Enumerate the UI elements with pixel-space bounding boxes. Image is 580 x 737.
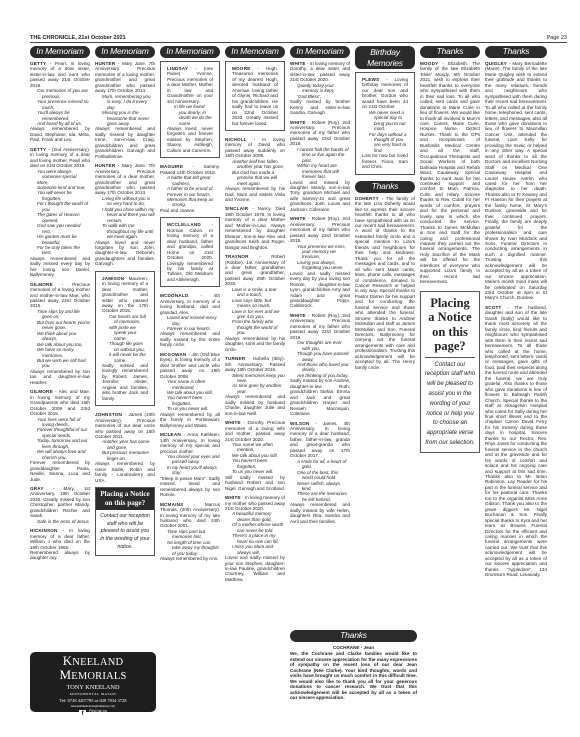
notice-entry: MOODY - Elizabeth. The family of the lat…: [420, 61, 480, 285]
notice-text: - Mary. 1st Anniversary, 19th October 20…: [30, 486, 90, 518]
notice-entry: MAGUIRE - Sammy. Passed 14th October 201…: [160, 164, 220, 213]
notice-entry: SCOTT - The husband, daughter and son of…: [485, 305, 547, 578]
notice-text: - James. 4th Anniversary. In loving memo…: [290, 421, 350, 459]
notice-entry: WHITE - Robert (Roy). 2nd Anniversary. P…: [290, 216, 350, 309]
notice-signoff: Loved and sadly missed every day by your…: [290, 271, 350, 309]
verse-line: But God has made a promise that we will …: [232, 170, 285, 186]
notice-surname: SCOTT: [485, 305, 502, 310]
notice-verse: Silent memories keep you near,As time go…: [225, 373, 285, 395]
section-header-thanks: Thanks: [485, 46, 547, 58]
verse-line: There's a place in my heart no-one can f…: [232, 533, 285, 544]
notice-entry: HICKINSON - In loving memory of a dear f…: [30, 528, 90, 561]
notice-surname: WHITE: [290, 216, 306, 221]
verse-line: In life we loved you dearly, in death we…: [174, 104, 213, 126]
notice-verse: Your name is often mentioned,We talk abo…: [160, 379, 220, 412]
notice-text: - The husband, daughter and son of the l…: [485, 305, 547, 577]
notice-surname: DOHERTY: [355, 196, 379, 201]
notice-entry: GILMORE - Alec and Mae. In loving memory…: [30, 389, 90, 482]
verse-line: You haven't been forgotten,: [167, 395, 220, 406]
notice-verse: A beautiful memory dearer than gold,Of a…: [225, 511, 285, 555]
notice-signoff: Always remembered by his daughter, sons …: [225, 336, 285, 352]
verse-line: You will never be forgotten,: [37, 190, 90, 201]
verse-line: A smile for all, a heart of gold,: [297, 459, 350, 470]
section-header-in-memoriam: In Memoriam: [160, 46, 220, 58]
notice-entry: HUNTER - Mary Jane. 7th Anniversary. Pre…: [95, 163, 155, 267]
verse-line: Within my heart are memories that will f…: [297, 163, 350, 179]
notice-surname: MOORE: [232, 66, 250, 71]
verse-line: Love is for ever and we give it to you,: [232, 309, 285, 320]
notice-surname: WHITE: [290, 313, 306, 318]
verse-line: A battle that left great sadness,: [167, 175, 220, 186]
notice-text: - Mary Jane. 7th Anniversary. Precious m…: [95, 163, 155, 195]
notice-signoff: Always remembered and sadly missed by hu…: [225, 394, 285, 416]
verse-line: One of the best, this world could hold.: [297, 470, 350, 481]
notice-entry: WHITE - Robert (Roy). 2nd Anniversary. P…: [290, 120, 350, 213]
notice-surname: GRAY: [30, 486, 44, 491]
verse-line: A beautiful memory dearer than gold,: [232, 511, 285, 522]
verse-line: Our memories of you are precious,: [37, 88, 90, 99]
notice-surname: PLEWS: [362, 77, 379, 82]
notice-verse: Another year has come and gone,But preci…: [95, 439, 155, 461]
notice-surname: HUNTER: [95, 61, 115, 66]
verse-line: We think about you always,: [37, 331, 90, 342]
notice-text: - Nancy. Died 18th October 1976. In lovi…: [225, 206, 285, 249]
verse-line: Your name we often mention,: [232, 442, 285, 453]
notice-surname: MCCLELLAND: [167, 222, 201, 227]
ad-email[interactable]: kneelandmemorials@btinternet.com: [30, 704, 156, 708]
notice-text: - Robert (Robbie). 1st Anniversary of a …: [225, 254, 285, 286]
verse-line: God saw you needed rest,: [37, 223, 90, 234]
notice-text: - Norman Calvin. In loving memory of a d…: [167, 222, 213, 282]
notice-verse: Mum, remembering you is easy, I do it ev…: [95, 94, 155, 127]
notice-signoff: Remembered always by daughter Joy.: [30, 550, 90, 561]
notice-verse: Another leaf has fallen, another year ha…: [225, 159, 285, 186]
notice-surname: WHITE: [225, 420, 241, 425]
notice-signoff: Sadly missed by son Andrew, daughter-in-…: [290, 378, 350, 416]
verse-line: No length of time can take away my thoug…: [167, 540, 220, 556]
verse-line: For days without a thought of you are ve…: [369, 132, 408, 154]
notice-verse: Living life without you is so very hard …: [95, 196, 155, 240]
notice-signoff: Lost for now but loved forever. Fiona, S…: [362, 153, 408, 169]
notice-surname: QUIGLEY: [485, 61, 507, 66]
verse-line: As time goes by another year.: [232, 383, 285, 394]
verse-line: Your lives were full of loving deeds,: [37, 417, 90, 428]
column-3: In Memoriam LINDSAY - (nee Paine) Yvonne…: [160, 46, 220, 566]
section-header-thanks: Thanks: [290, 630, 417, 642]
notice-signoff: Loved and sadly missed by your son Steph…: [225, 555, 285, 582]
notice-entry: LINDSAY - (nee Paine) Yvonne. Precious m…: [160, 61, 220, 158]
notice-surname: MCDONALD: [160, 293, 188, 298]
notice-entry: WILSON - James. 4th Anniversary. In lovi…: [290, 421, 350, 525]
notice-text: - Loving birthday memories of our dear s…: [362, 77, 408, 109]
notice-signoff: Always remembered by all the family in P…: [160, 412, 220, 428]
notice-surname: LINDSAY: [167, 66, 188, 71]
notice-text: - Hugh. Treasured memories of my dearest…: [232, 66, 278, 126]
column-5: In Memoriam WHITE - In loving memory of …: [290, 46, 350, 528]
notice-surname: MCLEAN: [160, 432, 181, 437]
notice-surname: GETTY: [30, 147, 46, 152]
notice-signoff: Always remembered by son Ian and daughte…: [30, 369, 90, 385]
notice-entry: GILMORE - Precious memories of a loving …: [30, 282, 90, 386]
verse-line: We never need a special day to bring you…: [369, 110, 408, 132]
notice-surname: NICHOLL: [225, 137, 247, 142]
verse-line: Loved and missed every day,: [167, 315, 220, 326]
notice-surname: TURNER: [225, 356, 245, 361]
notice-text: - Mary Bernadette (Marie). The family of…: [485, 61, 547, 300]
notice-entry: GRAY - Mary. 1st Anniversary, 19th Octob…: [30, 486, 90, 524]
notice-signoff: Loved and missed by daughter Mandy, son-…: [290, 180, 350, 213]
notice-body: We, the Cochrane and Clarke families wou…: [290, 651, 417, 700]
notice-entry: HUNTER - Mary Jane. 7th Anniversary. Pre…: [95, 61, 155, 159]
notice-entry: MOORE - Hugh. Treasured memories of my d…: [225, 61, 285, 131]
section-header-in-memoriam: In Memoriam: [30, 46, 90, 58]
verse-line: Missing you is the heartache that never …: [102, 110, 155, 126]
notice-entry: TURNER - Isobella (Ibby). 6th Anniversar…: [225, 356, 285, 416]
kneeland-memorials-ad[interactable]: KNEELAND MEMORIALS TONY KNEELAND MONUMEN…: [30, 652, 156, 712]
verse-line: Though life goes on without you,: [109, 341, 148, 352]
verse-line: Living life without you is so very hard …: [102, 196, 155, 207]
verse-line: Time slips by and life goes on,: [37, 309, 90, 320]
notice-signoff: Sadly missed by brother Kenny and sister…: [290, 99, 350, 115]
placing-notice-box: Placing a Notice on this page? Contact o…: [95, 487, 155, 556]
notice-signoff: Still sadly missed by husband Robert and…: [225, 475, 285, 491]
notice-verse: Our memories of you are precious,Your pr…: [30, 88, 90, 126]
notice-surname: HICKINSON: [30, 528, 58, 533]
notice-signoff: Always remembered by Ann.: [160, 556, 220, 561]
placing-notice-title: Placing a Notice on this page?: [96, 488, 154, 510]
thanks-cochrane: Thanks COCHRANE - Jean We, the Cochrane …: [290, 630, 417, 701]
section-header-birthday-memories: Birthday Memories: [355, 46, 415, 69]
verse-line: Never selfish, always kind,: [297, 481, 350, 492]
notice-verse: A battle that left great sadness,A fathe…: [160, 175, 220, 208]
notice-surname: GILMORE: [30, 282, 53, 287]
notice-verse: Time slips past but memories last.No len…: [160, 529, 220, 556]
notice-entry: JAMISON - Maureen. In loving memory of a…: [95, 271, 155, 406]
verse-line: Forever thoughtful of our special needs,: [37, 427, 90, 438]
placing-notice-body: Contact our reception staff who will be …: [96, 510, 154, 555]
notice-verse: Your presence we miss, your memory we tr…: [290, 244, 350, 271]
verse-line: Loving you always, forgetting you never.: [297, 260, 350, 271]
verse-line: Your presence missed so much,: [37, 99, 90, 110]
notice-verse: Love is a smile, a tear and a touch,Love…: [225, 287, 285, 336]
facebook-link[interactable]: f Find us onFacebook: [30, 709, 156, 717]
notice-signoff: Always loved, never forgotten and foreve…: [167, 126, 213, 153]
notice-surname: MCMAINS: [160, 502, 183, 507]
verse-line: Time slips past but memories last.: [167, 529, 220, 540]
notice-verse: A smile for all, a heart of gold,One of …: [290, 459, 350, 503]
notice-entry: WHITE - Dorothy. Precious memories of a …: [225, 420, 285, 491]
notice-entry: SINCLAIR - Nancy. Died 18th October 1976…: [225, 206, 285, 250]
column-6: Birthday Memories PLEWS - Loving birthda…: [355, 46, 415, 374]
verse-line: You were always someone special: [37, 169, 90, 180]
notice-entry: PLEWS - Loving birthday memories of our …: [355, 72, 415, 175]
notice-entry: GETTY - Pearl. In loving memory of a dea…: [30, 61, 90, 143]
verse-line: To walk with me throughout my life until…: [102, 223, 155, 239]
notice-signoff: Always remembered by his Dad, Mum and si…: [225, 186, 285, 202]
verse-line: A father to be proud of,: [167, 186, 220, 191]
verse-line: Our thoughts are ever with you,: [297, 340, 350, 351]
notice-surname: GILMORE: [30, 389, 53, 394]
verse-line: Another leaf has fallen, another year ha…: [232, 159, 285, 170]
notice-surname: MCGOWAN: [160, 352, 186, 357]
page-number: Page 23: [547, 35, 568, 41]
notice-entry: QUIGLEY - Mary Bernadette (Marie). The f…: [485, 61, 547, 301]
section-header-in-memoriam: In Memoriam: [225, 46, 285, 58]
verse-line: You closed your eyes and passed away,: [167, 454, 220, 465]
verse-line: Today, tomorrow and our lives through,: [37, 438, 90, 449]
verse-line: In my heart you'll always stay.: [167, 465, 220, 476]
notice-surname: WHITE: [290, 120, 306, 125]
notice-verse: Safe in the arms of Jesus: [30, 519, 90, 524]
verse-line: Quietly today your memory is kept,: [297, 83, 350, 94]
notice-entry: MCGOWAN - Jim (Old Blue Eyes). In loving…: [160, 352, 220, 428]
notice-signoff: Always loved and never forgotten by son …: [95, 240, 155, 267]
notice-signoff: Always remembered by David, Stephanie, I…: [30, 126, 90, 142]
notice-entry: MCMAINS - Marcus Thomas. (20th Anniversa…: [160, 502, 220, 562]
notice-surname: GETTY: [30, 61, 46, 66]
notice-text: - Maureen. In loving memory of a dear mo…: [102, 276, 148, 314]
notice-surname: WHITE: [225, 495, 241, 500]
notice-entry: WHITE - In loving memory of my mother wh…: [225, 495, 285, 582]
notice-entry: JOHNSTON - James (10th Anniversary). Pre…: [95, 412, 155, 483]
notice-text: - Elizabeth. The family of the late Eliz…: [420, 61, 480, 284]
notice-verse: Loved and missed every day,Forever in ou…: [160, 315, 220, 331]
notice-verse: Our hearts are full of memories,with pri…: [102, 314, 148, 363]
placing-notice-title: Placing a Notice on this page?: [425, 292, 475, 358]
verse-line: Another year has come and gone,: [102, 439, 155, 450]
verse-line: Mum, remembering you is easy, I do it ev…: [102, 94, 155, 110]
notice-text: - The family of the late Liza Doherty wo…: [355, 196, 415, 370]
notice-signoff: Forever remembered by granddaughter Paul…: [30, 460, 90, 482]
placing-notice-box-large: Placing a Notice on this page? Contact o…: [420, 291, 480, 453]
column-4: In Memoriam MOORE - Hugh. Treasured memo…: [225, 46, 285, 586]
verse-line: For he only takes the best.: [37, 245, 90, 256]
notice-signoff: "Sleep in peace Mum". Sadly missed, love…: [160, 476, 220, 498]
notice-signoff: Always remembered and sadly missed every…: [30, 256, 90, 278]
verse-line: But we wish we still had you.: [37, 358, 90, 369]
verse-line: Your name is often mentioned,: [167, 379, 220, 390]
notice-verse: Time slips by and life goes on,But from …: [30, 309, 90, 369]
verse-line: with pride we speak your name,: [109, 325, 148, 341]
notice-verse: You closed your eyes and passed away,In …: [160, 454, 220, 476]
notice-text: - Mary Jane. 7th Anniversary. Precious m…: [95, 61, 155, 93]
section-header-in-memoriam: In Memoriam: [290, 46, 350, 58]
paper-title: THE CHRONICLE, 21st October 2021: [30, 35, 126, 41]
verse-line: We will always love and cherish you.: [37, 449, 90, 460]
notice-entry: MCLEAN - Anna Kathleen. 14th Anniversary…: [160, 432, 220, 497]
notice-entry: DOHERTY - The family of the late Liza Do…: [355, 196, 415, 371]
column-7: Thanks MOODY - Elizabeth. The family of …: [420, 46, 480, 453]
verse-line: These are the memories he left behind.: [297, 491, 350, 502]
verse-line: Love is a smile, a tear and a touch,: [232, 287, 285, 298]
notice-verse: Quietly today your memory is kept,'God B…: [290, 83, 350, 99]
notice-signoff: Always remembered and sadly missed by da…: [95, 126, 155, 159]
verse-line: Our hearts are full of memories,: [109, 314, 148, 325]
ad-brand: KNEELAND MEMORIALS: [30, 652, 156, 683]
notice-title: COCHRANE - Jean: [290, 645, 417, 650]
notice-surname: JAMISON: [102, 276, 124, 281]
notice-verse: Your name we often mention,We talk about…: [225, 442, 285, 475]
verse-line: Of a mother whose worth can never be tol…: [232, 522, 285, 533]
verse-line: We have so many memories,: [37, 347, 90, 358]
notice-verse: Our thoughts are ever with you,Though yo…: [290, 340, 350, 378]
verse-line: For I thought the world of you.: [37, 201, 90, 212]
notice-entry: MCDONALD - 4th Anniversary. In memory of…: [160, 293, 220, 348]
notice-surname: SINCLAIR: [225, 206, 248, 211]
facebook-icon: f: [79, 710, 86, 717]
verse-line: His garden must be beautiful,: [37, 234, 90, 245]
notice-surname: TRAYNOR: [225, 254, 249, 259]
notice-verse: I cannot halt the hands of time or live …: [290, 147, 350, 180]
notice-entry: WHITE - Robert (Roy). 2nd Anniversary. P…: [290, 313, 350, 417]
verse-line: You haven't been forgotten,: [232, 458, 285, 469]
column-8: Thanks QUIGLEY - Mary Bernadette (Marie)…: [485, 46, 547, 582]
notice-entry: TRAYNOR - Robert (Robbie). 1st Anniversa…: [225, 254, 285, 352]
placing-notice-body: Contact our reception staff who will be …: [421, 358, 479, 452]
notice-signoff: Sadly missed and lovingly remembered by …: [102, 363, 148, 401]
verse-line: You'll always be remembered,: [37, 110, 90, 121]
section-header-thanks: Thanks: [420, 46, 480, 58]
notice-signoff: Paul and Joanne.: [160, 208, 220, 213]
notice-verse: In life we loved you dearly, in death we…: [167, 104, 213, 126]
notice-surname: HUNTER: [95, 163, 115, 168]
notice-entry: MCCLELLAND - Norman Calvin. In loving me…: [160, 217, 220, 287]
column-1: In Memoriam GETTY - Pearl. In loving mem…: [30, 46, 90, 565]
notice-surname: MOODY: [420, 61, 438, 66]
verse-line: From the family who thought the world of…: [232, 319, 285, 335]
ad-telephone: Tel: 0748 4207785 or 028 7034 3728: [30, 697, 156, 704]
notice-entry: WHITE - In loving memory of Dorothy, a d…: [290, 61, 350, 116]
notice-surname: JOHNSTON: [95, 412, 122, 417]
notice-surname: WILSON: [290, 421, 310, 426]
verse-line: I miss you Mum and always will.: [232, 544, 285, 555]
notice-entry: NICHOLL - In loving memory of David who …: [225, 137, 285, 202]
notice-entry: GETTY - (2nd Anniversary). In loving mem…: [30, 147, 90, 278]
verse-line: Though you have passed away,: [297, 351, 350, 362]
notice-surname: WHITE: [290, 61, 306, 66]
section-header-thanks: Thanks: [355, 181, 415, 193]
verse-line: But from our hearts you're never gone.: [37, 320, 90, 331]
notice-verse: We never need a special day to bring you…: [362, 110, 408, 154]
verse-line: it will never be the same.: [109, 352, 148, 363]
masthead: THE CHRONICLE, 21st October 2021 Page 23: [30, 33, 567, 43]
verse-line: Love says little, but means so much,: [232, 298, 285, 309]
verse-line: The gates of Heaven opened,: [37, 212, 90, 223]
verse-line: Memories that keep us strong.: [167, 197, 220, 208]
verse-line: Silent memories keep you near,: [232, 373, 285, 384]
section-header-in-memoriam: In Memoriam: [95, 46, 155, 58]
notice-signoff: Always remembered and sadly missed by wi…: [290, 502, 350, 524]
notice-signoff: Always remembered by niece Sadie, Robin …: [95, 461, 155, 483]
verse-line: Safe in the arms of Jesus: [37, 519, 90, 524]
verse-line: But precious memories linger on.: [102, 450, 155, 461]
notice-surname: MAGUIRE: [160, 164, 183, 169]
verse-line: And those who loved you dearly,: [297, 362, 350, 373]
notice-text: - (nee Paine) Yvonne. Precious memories …: [167, 66, 213, 104]
column-2: In Memoriam HUNTER - Mary Jane. 7th Anni…: [95, 46, 155, 556]
verse-line: I cannot halt the hands of time or live …: [297, 147, 350, 163]
notice-verse: Your lives were full of loving deeds,For…: [30, 417, 90, 461]
verse-line: Your presence we miss, your memory we tr…: [297, 244, 350, 260]
ad-owner-name: TONY KNEELAND: [30, 684, 156, 692]
notice-verse: You were always someone specialMore,Some…: [30, 169, 90, 256]
verse-line: I hold you close within my heart and the…: [102, 207, 155, 223]
notice-signoff: Always remembered and sadly missed by th…: [160, 331, 220, 347]
